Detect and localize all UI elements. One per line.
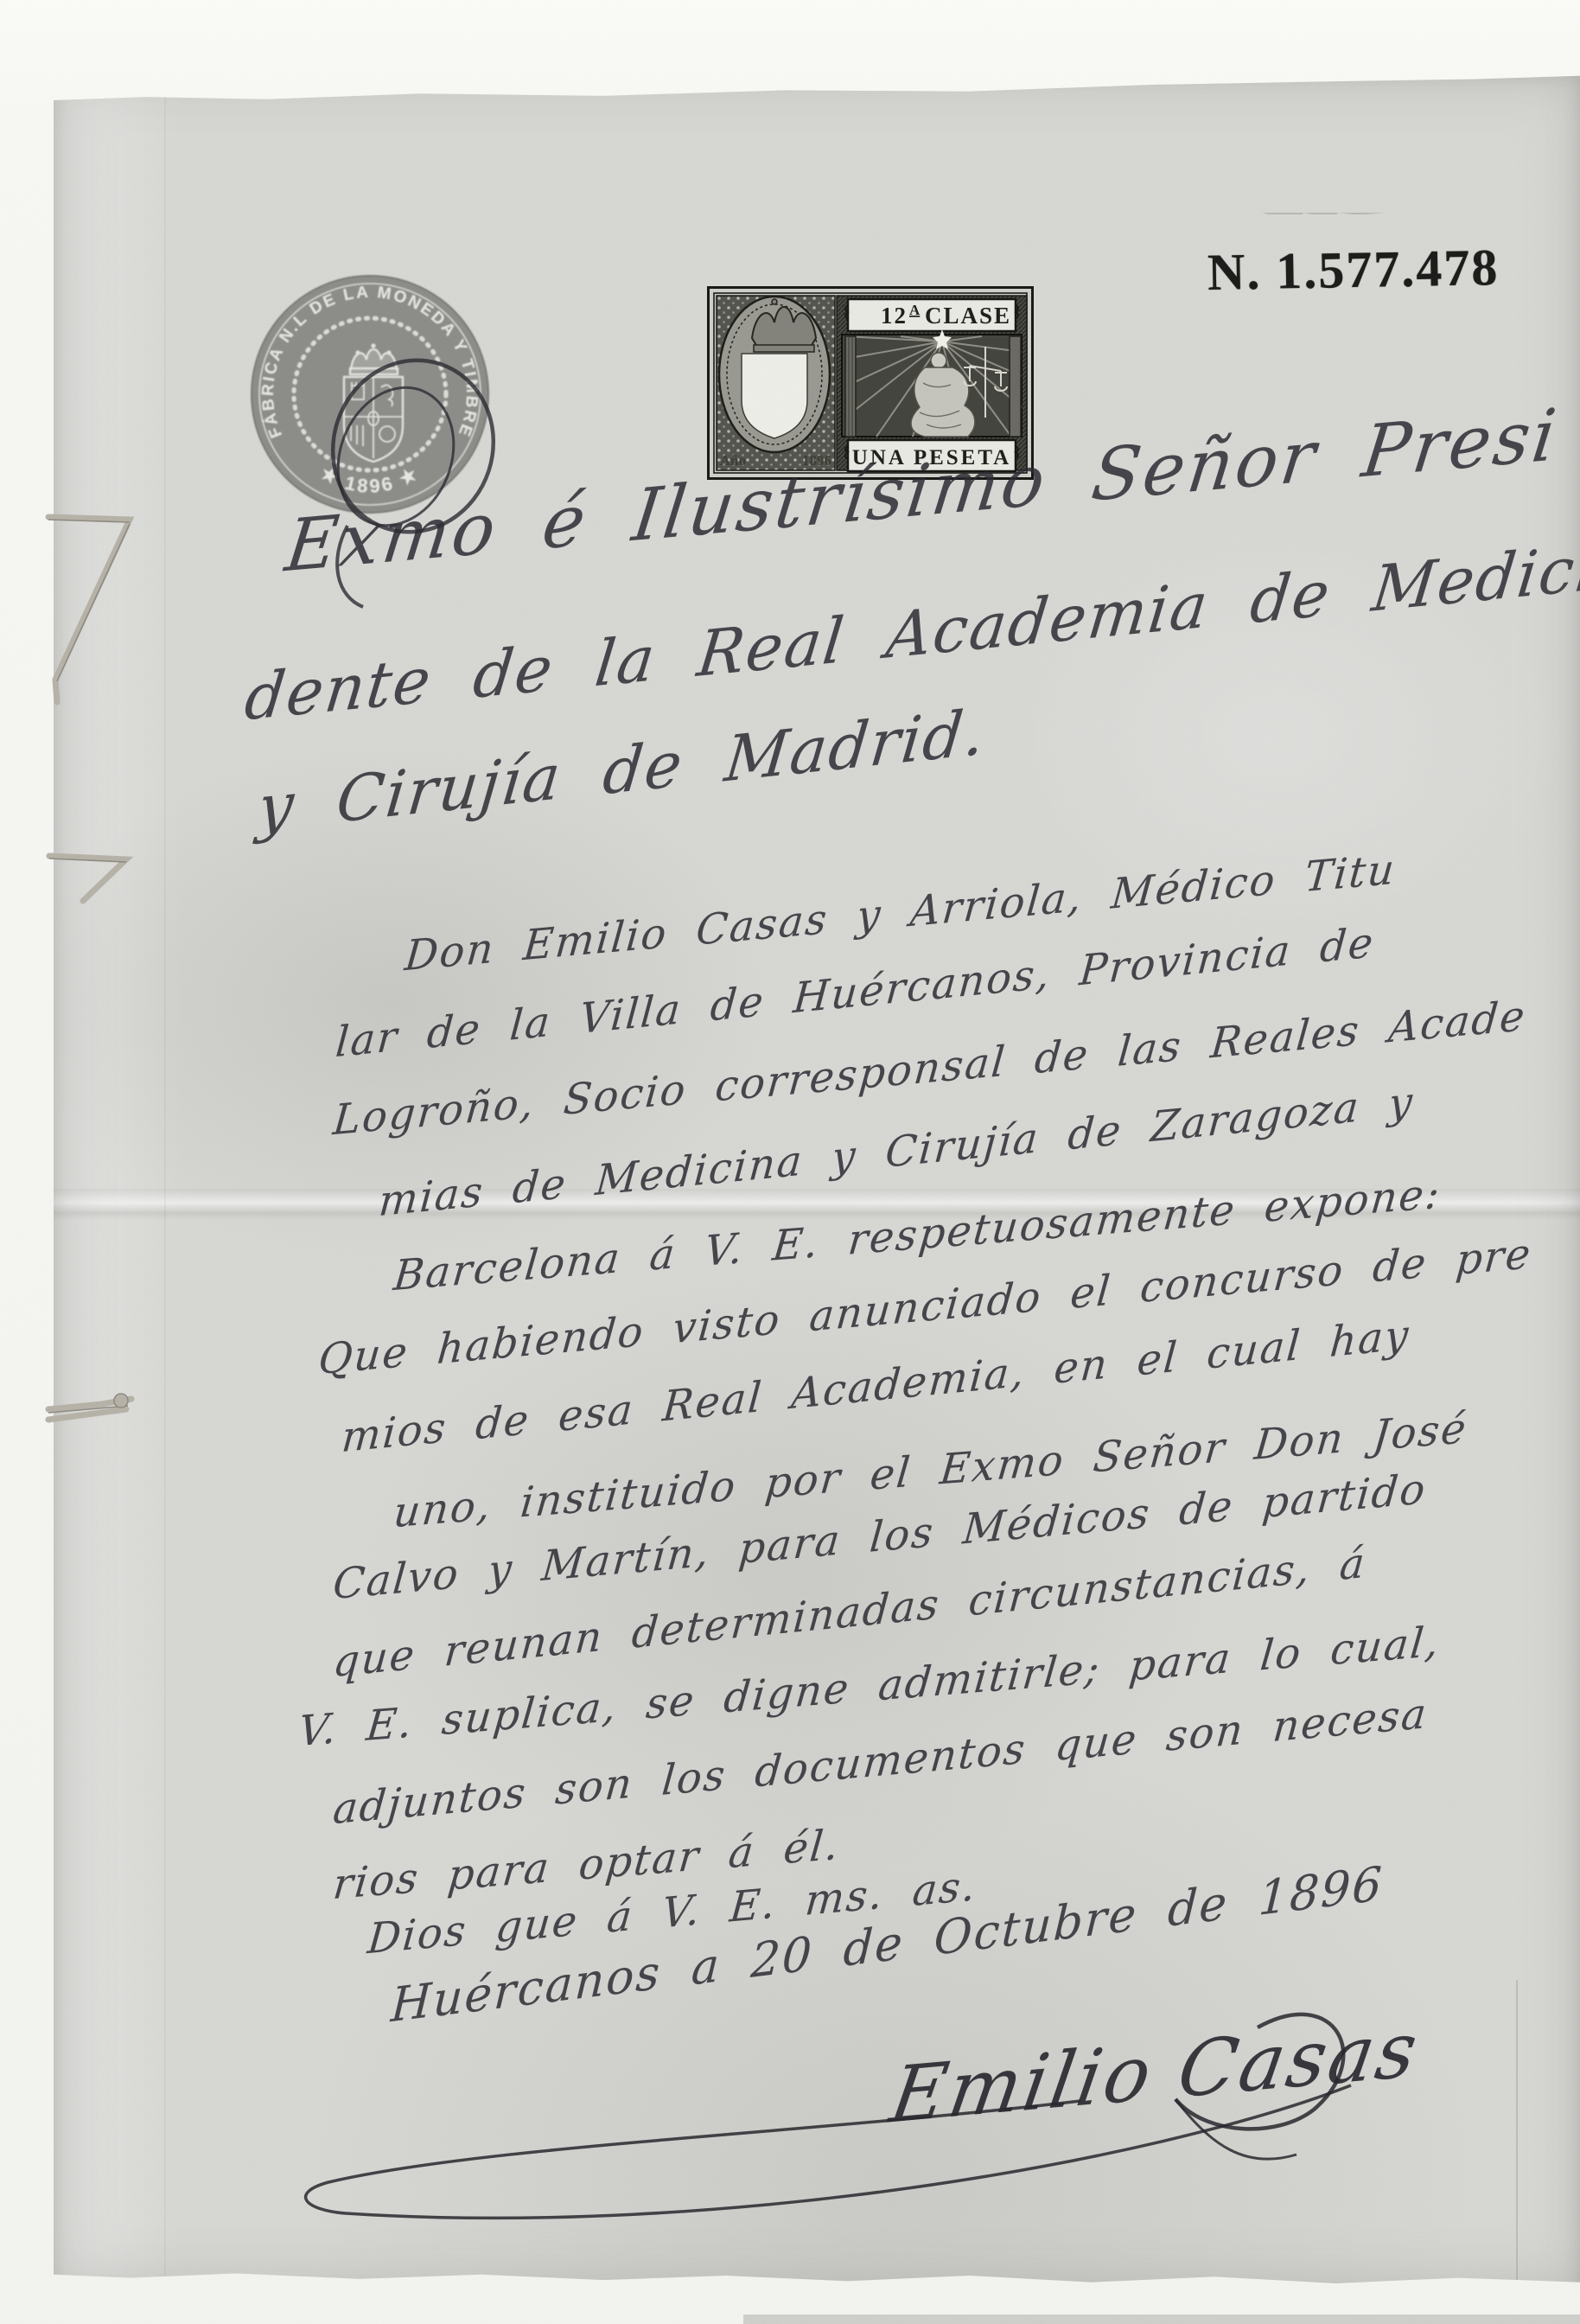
scanned-document-photo: FÁBRICA N.L DE LA MONEDA Y TIMBRE ★ 1896… <box>0 0 1580 2324</box>
paper-grain-texture <box>0 0 1580 2324</box>
